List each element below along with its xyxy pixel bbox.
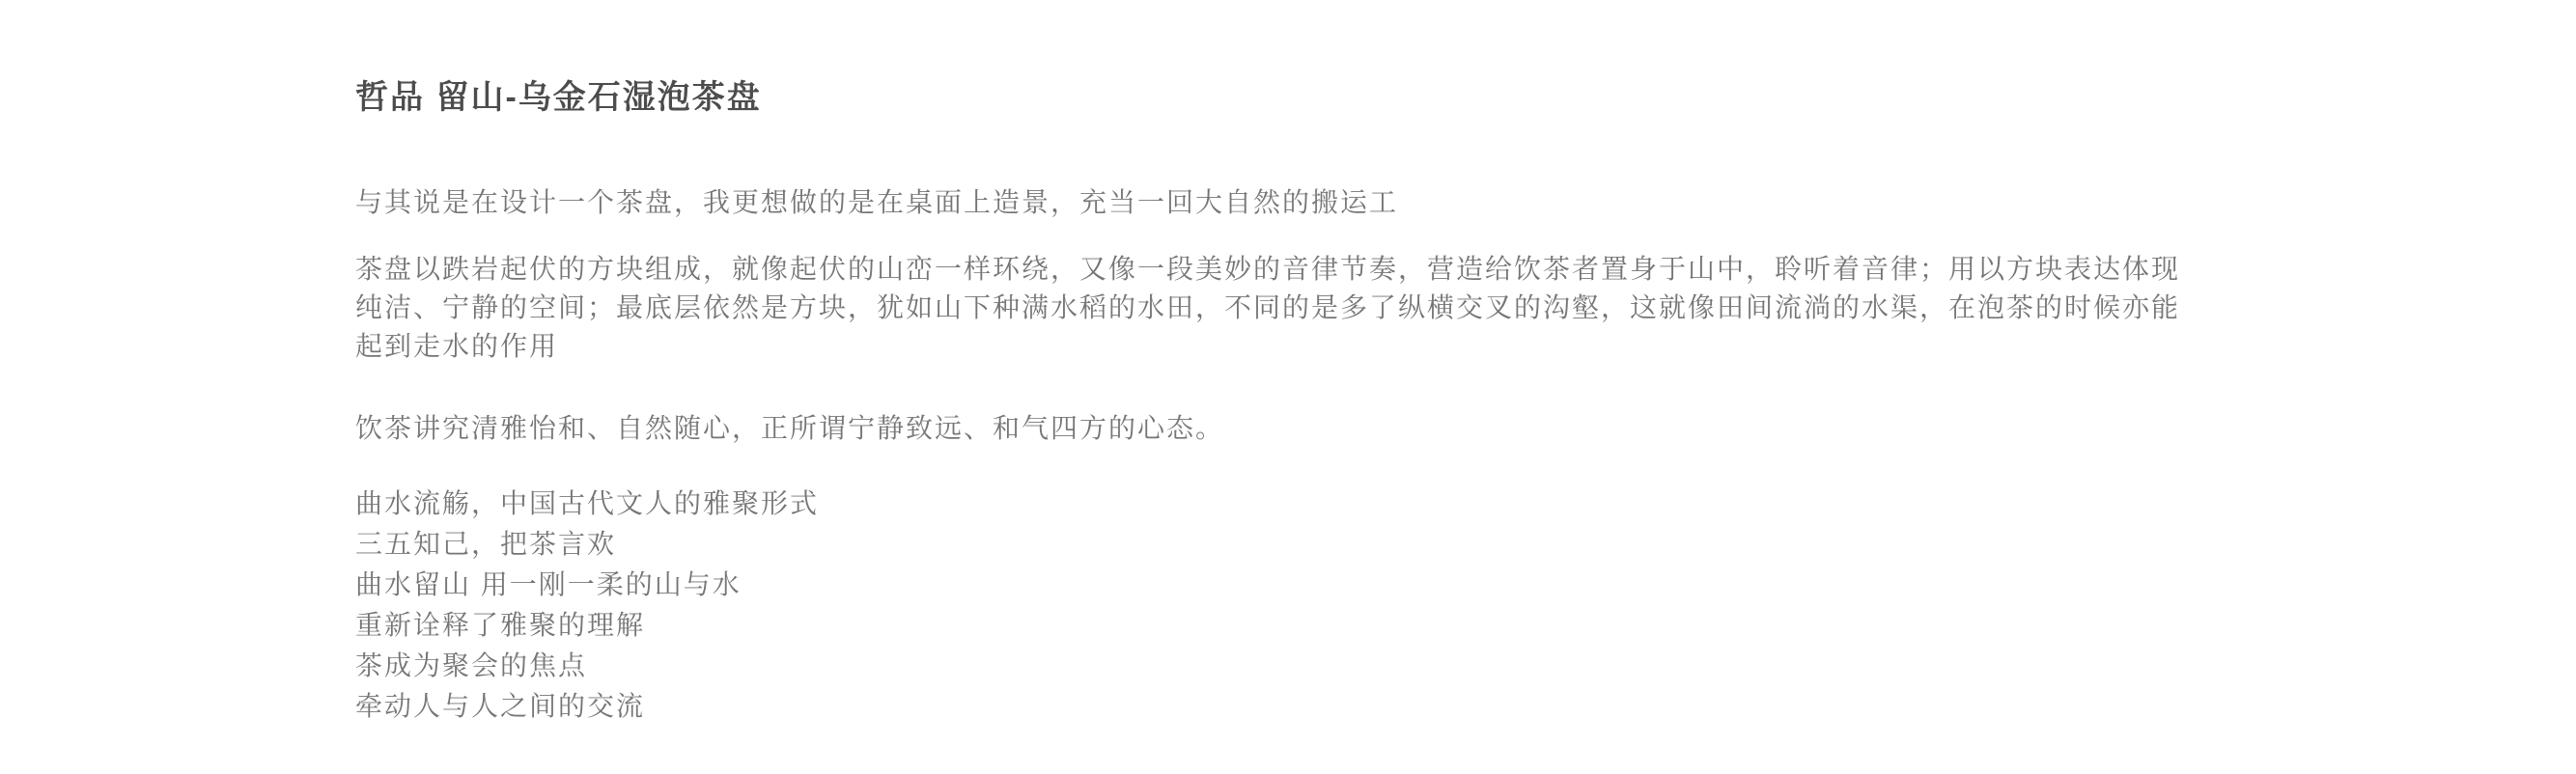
product-title: 哲品 留山-乌金石湿泡茶盘 xyxy=(355,78,762,117)
design-description-paragraph: 茶盘以跌岩起伏的方块组成，就像起伏的山峦一样环绕，又像一段美妙的音律节奏，营造给… xyxy=(355,250,2204,366)
intro-paragraph: 与其说是在设计一个茶盘，我更想做的是在桌面上造景，充当一回大自然的搬运工 xyxy=(355,183,1398,222)
tea-philosophy-paragraph: 饮茶讲究清雅怡和、自然随心，正所谓宁静致远、和气四方的心态。 xyxy=(355,409,1224,448)
poem-block: 曲水流觞，中国古代文人的雅聚形式 三五知己，把茶言欢 曲水留山 用一刚一柔的山与… xyxy=(355,484,819,727)
poem-line: 重新诠释了雅聚的理解 xyxy=(355,605,819,646)
poem-line: 曲水留山 用一刚一柔的山与水 xyxy=(355,565,819,605)
poem-line: 曲水流觞，中国古代文人的雅聚形式 xyxy=(355,484,819,524)
product-description-page: 哲品 留山-乌金石湿泡茶盘 与其说是在设计一个茶盘，我更想做的是在桌面上造景，充… xyxy=(0,0,2576,774)
poem-line: 茶成为聚会的焦点 xyxy=(355,646,819,686)
poem-line: 牵动人与人之间的交流 xyxy=(355,686,819,727)
poem-line: 三五知己，把茶言欢 xyxy=(355,524,819,565)
